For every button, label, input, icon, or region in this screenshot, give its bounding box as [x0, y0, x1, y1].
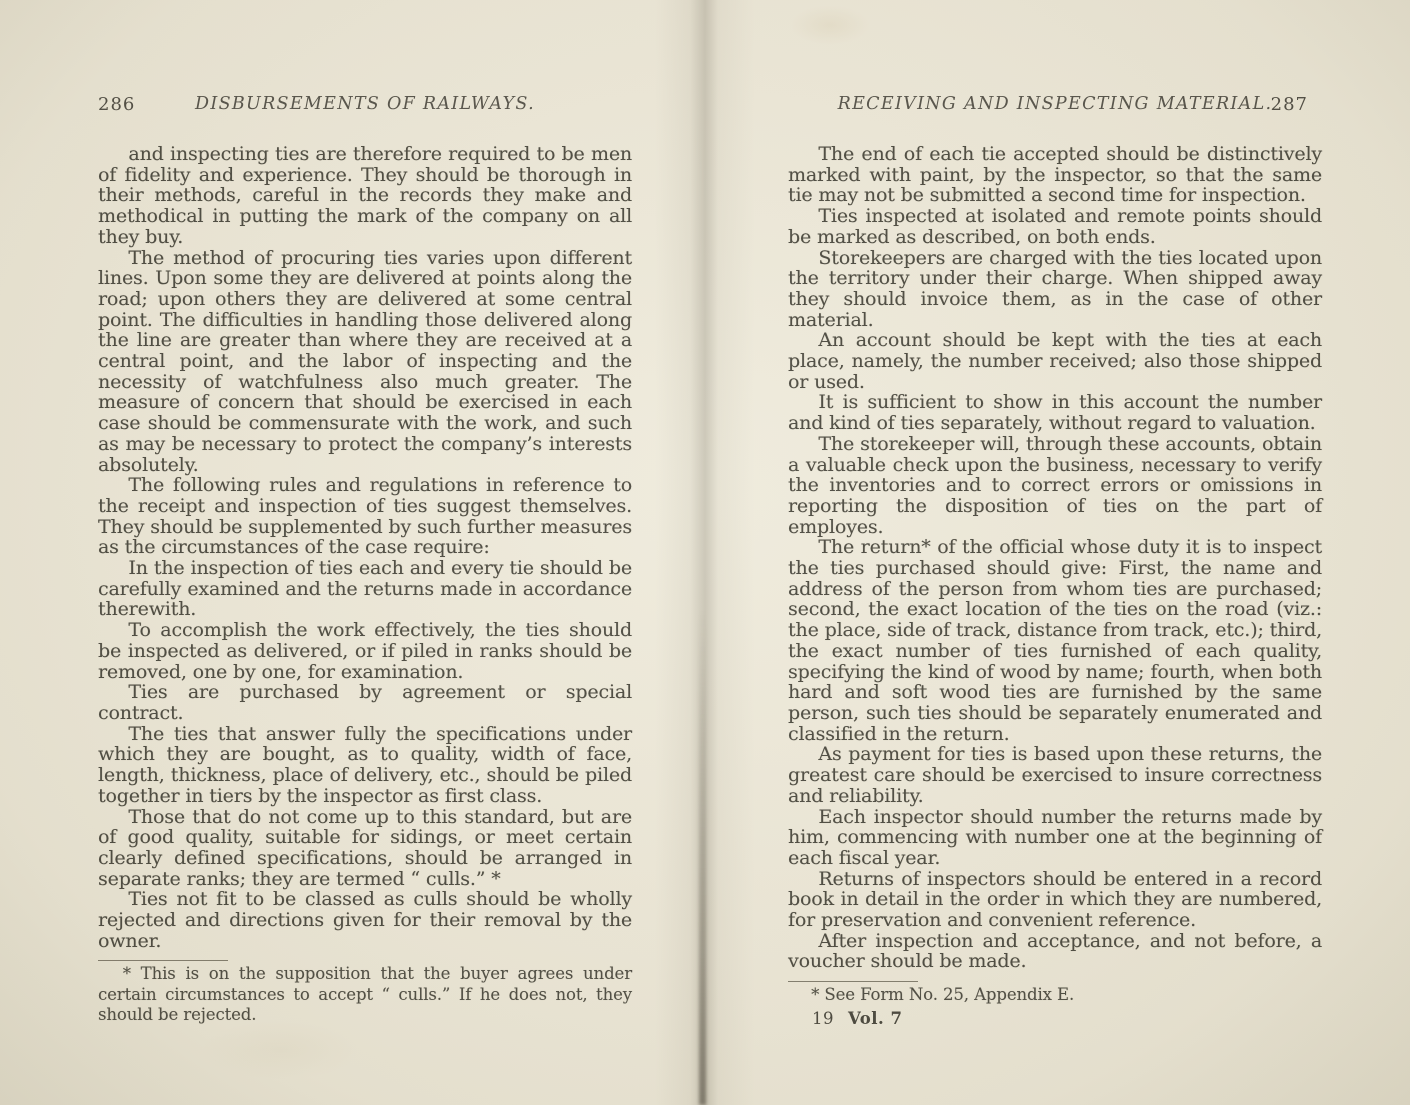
body-paragraph: Ties are purchased by agreement or speci…: [98, 682, 632, 723]
body-paragraph: The end of each tie accepted should be d…: [788, 144, 1322, 206]
right-running-title: RECEIVING AND INSPECTING MATERIAL.: [788, 94, 1322, 114]
right-page-body: The end of each tie accepted should be d…: [788, 144, 1322, 972]
body-paragraph: To accomplish the work effectively, the …: [98, 620, 632, 682]
body-paragraph: As payment for ties is based upon these …: [788, 744, 1322, 806]
book-spread: 286 DISBURSEMENTS OF RAILWAYS. and inspe…: [0, 0, 1410, 1105]
signature-line: 19Vol. 7: [812, 1008, 1322, 1029]
left-page: 286 DISBURSEMENTS OF RAILWAYS. and inspe…: [0, 0, 705, 1105]
right-footnote-rule: [788, 981, 918, 982]
left-running-head: 286 DISBURSEMENTS OF RAILWAYS.: [98, 94, 632, 118]
left-running-title: DISBURSEMENTS OF RAILWAYS.: [98, 94, 632, 114]
right-running-head: RECEIVING AND INSPECTING MATERIAL. 287: [788, 94, 1322, 118]
body-paragraph: Ties inspected at isolated and remote po…: [788, 206, 1322, 247]
left-page-content: 286 DISBURSEMENTS OF RAILWAYS. and inspe…: [98, 94, 632, 1026]
body-paragraph: The return* of the official whose duty i…: [788, 537, 1322, 744]
left-page-body: and inspecting ties are therefore requir…: [98, 144, 632, 951]
left-footnote: * This is on the supposition that the bu…: [98, 964, 632, 1026]
left-footnote-rule: [98, 960, 228, 961]
body-paragraph: Returns of inspectors should be entered …: [788, 869, 1322, 931]
volume-label: Vol. 7: [848, 1009, 903, 1028]
body-paragraph: Storekeepers are charged with the ties l…: [788, 248, 1322, 331]
body-paragraph: Those that do not come up to this standa…: [98, 807, 632, 890]
signature-number: 19: [812, 1009, 834, 1028]
body-paragraph: Each inspector should number the returns…: [788, 807, 1322, 869]
left-page-number: 286: [98, 94, 135, 115]
right-page-number: 287: [1271, 94, 1308, 115]
body-paragraph: The following rules and regulations in r…: [98, 475, 632, 558]
body-paragraph: The storekeeper will, through these acco…: [788, 434, 1322, 538]
right-footnote: * See Form No. 25, Appendix E.: [788, 985, 1322, 1006]
right-page: RECEIVING AND INSPECTING MATERIAL. 287 T…: [705, 0, 1410, 1105]
body-paragraph: The method of procuring ties varies upon…: [98, 248, 632, 476]
body-paragraph: An account should be kept with the ties …: [788, 330, 1322, 392]
body-paragraph: It is sufficient to show in this account…: [788, 392, 1322, 433]
right-page-content: RECEIVING AND INSPECTING MATERIAL. 287 T…: [788, 94, 1322, 1029]
body-paragraph: The ties that answer fully the specifica…: [98, 724, 632, 807]
body-paragraph: Ties not fit to be classed as culls shou…: [98, 889, 632, 951]
body-paragraph: and inspecting ties are therefore requir…: [98, 144, 632, 248]
body-paragraph: After inspection and acceptance, and not…: [788, 931, 1322, 972]
body-paragraph: In the inspection of ties each and every…: [98, 558, 632, 620]
